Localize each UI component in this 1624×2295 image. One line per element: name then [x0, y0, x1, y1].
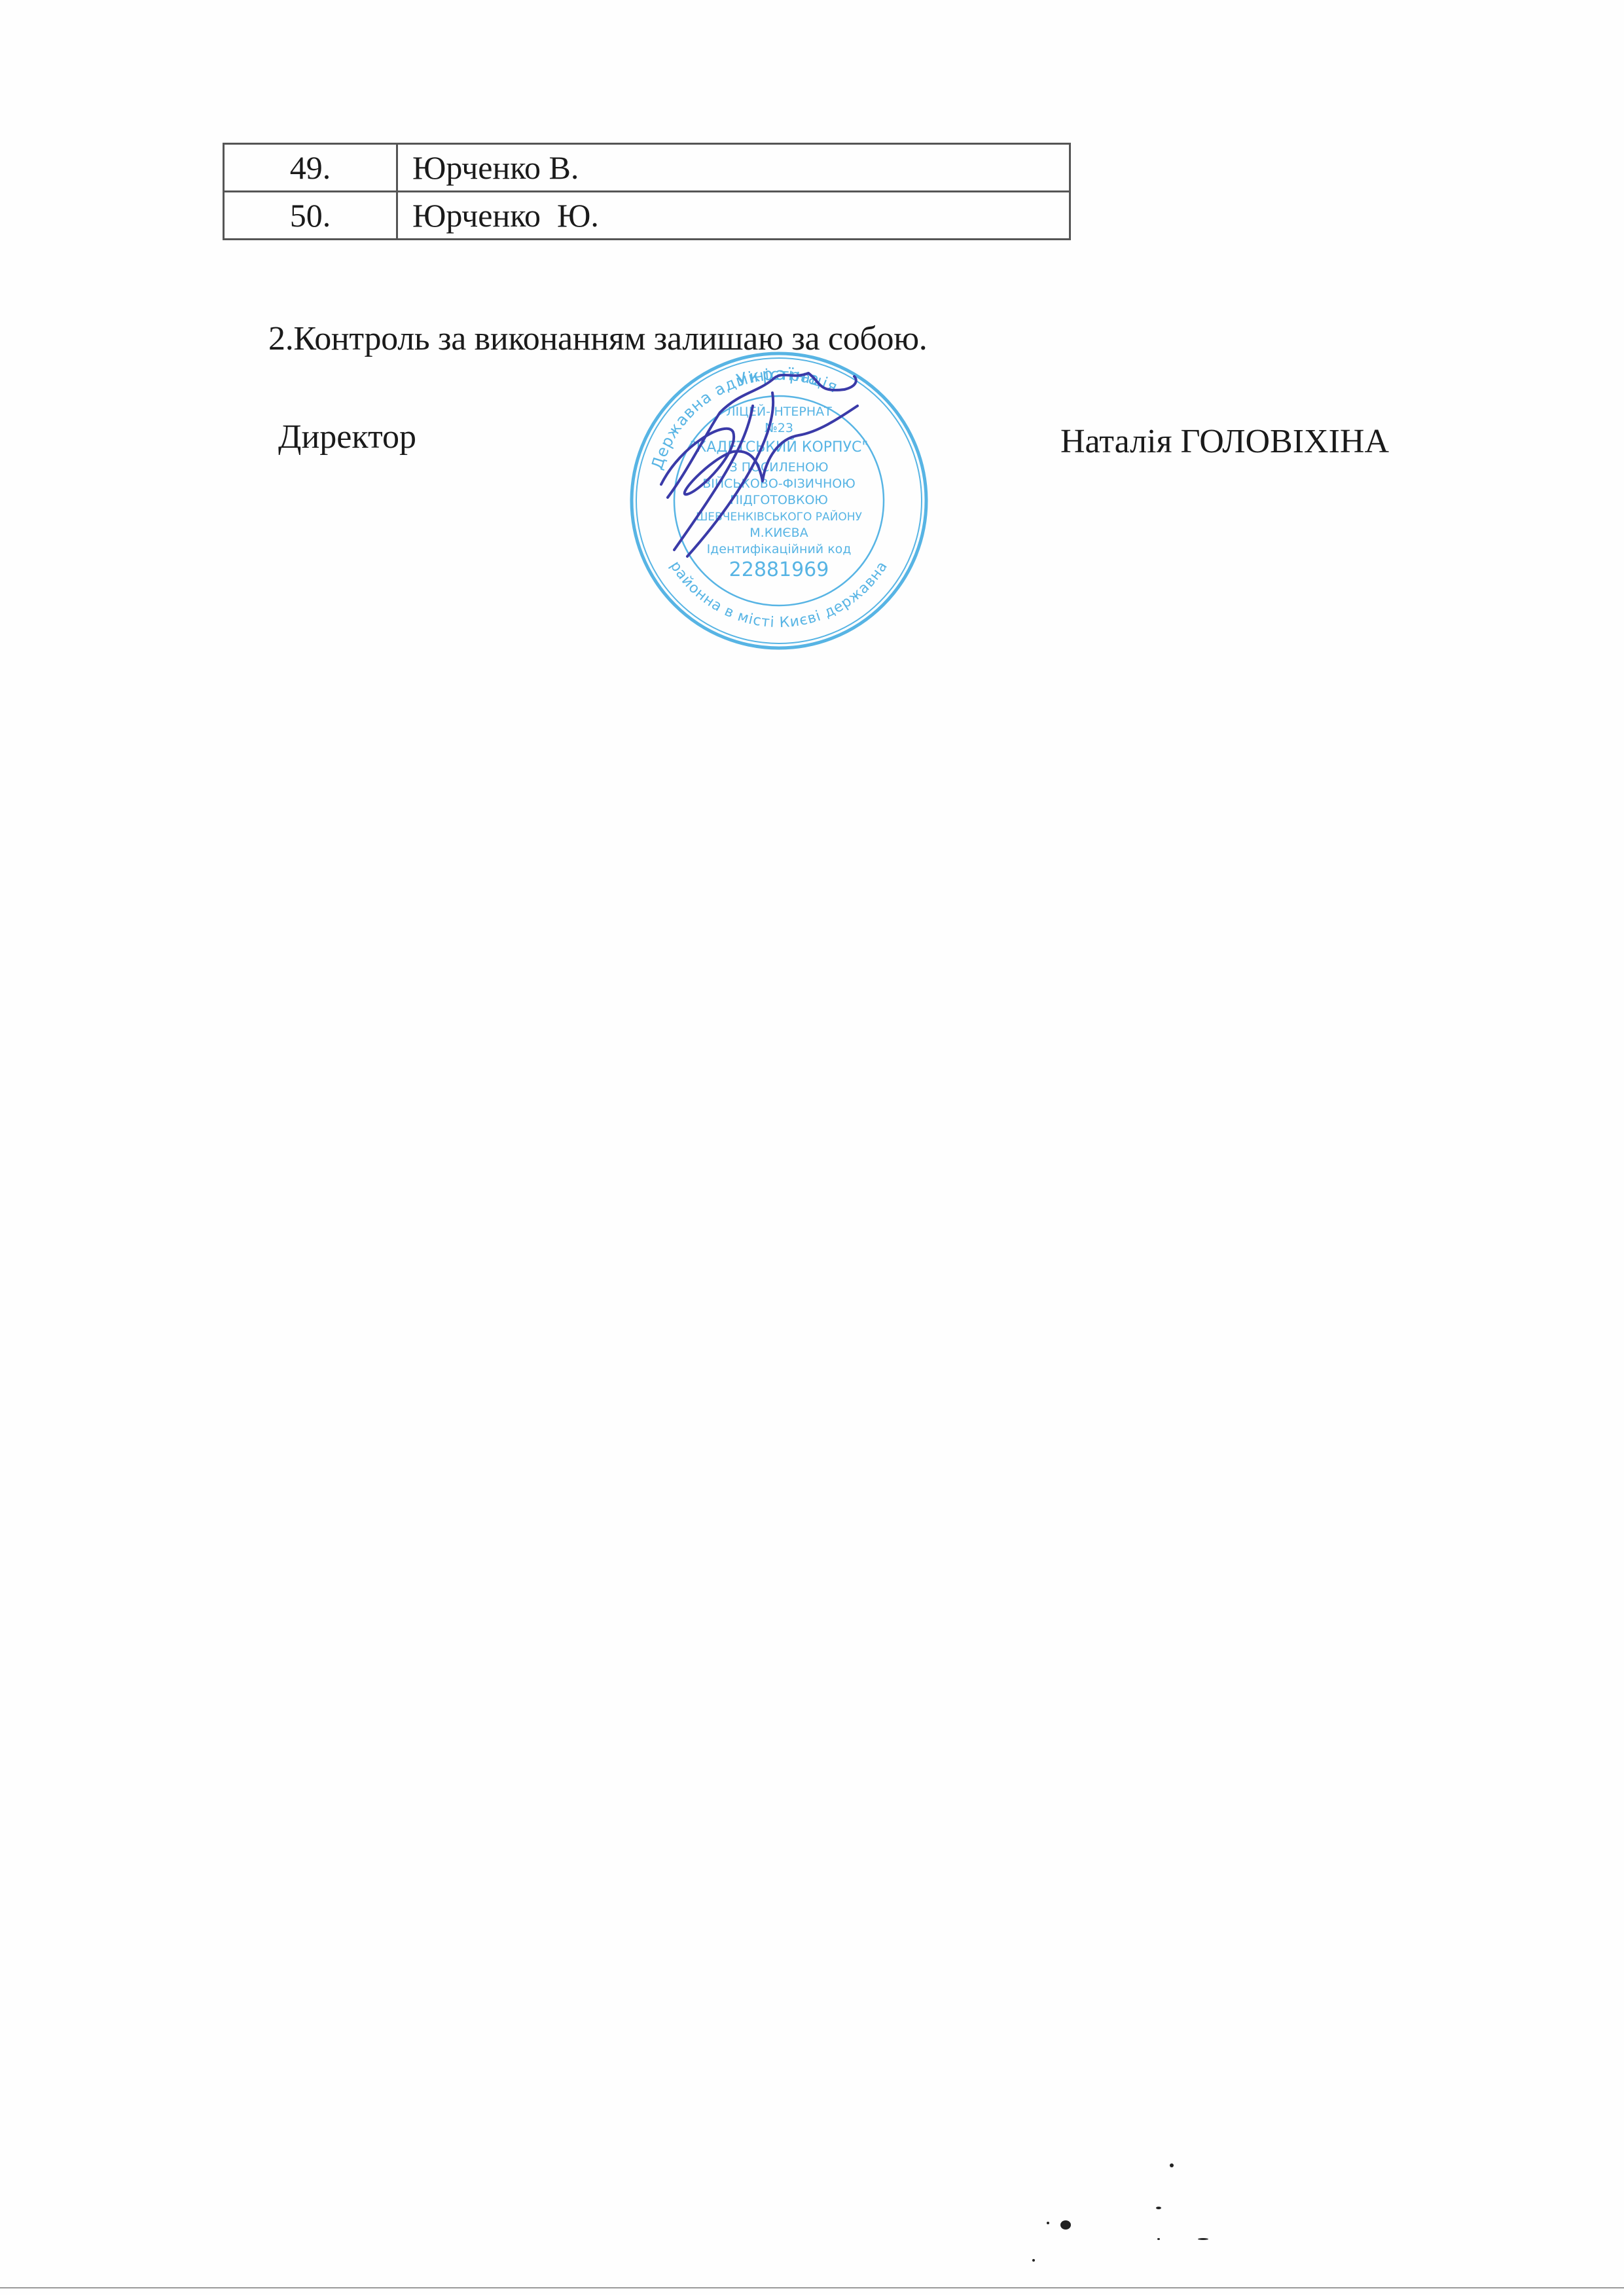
- scan-speck: [1060, 2220, 1071, 2230]
- table-row: 49. Юрченко В.: [224, 144, 1070, 192]
- row-name: Юрченко Ю.: [397, 192, 1070, 240]
- director-name: Наталія ГОЛОВІХІНА: [1060, 422, 1389, 461]
- scan-speck: [1047, 2222, 1049, 2224]
- table-row: 50. Юрченко Ю.: [224, 192, 1070, 240]
- scan-speck: [1032, 2259, 1035, 2262]
- signature-icon: [648, 353, 884, 569]
- page-bottom-edge: [0, 2287, 1624, 2288]
- row-number: 50.: [224, 192, 397, 240]
- scan-speck: [1170, 2163, 1174, 2167]
- names-table: 49. Юрченко В. 50. Юрченко Ю.: [223, 143, 1071, 240]
- scan-speck: [1156, 2207, 1161, 2209]
- scan-speck: [1198, 2238, 1208, 2240]
- scan-speck: [1157, 2238, 1160, 2240]
- director-title: Директор: [278, 418, 416, 456]
- row-name: Юрченко В.: [397, 144, 1070, 192]
- row-number: 49.: [224, 144, 397, 192]
- document-page: 49. Юрченко В. 50. Юрченко Ю. 2.Контроль…: [0, 0, 1624, 2295]
